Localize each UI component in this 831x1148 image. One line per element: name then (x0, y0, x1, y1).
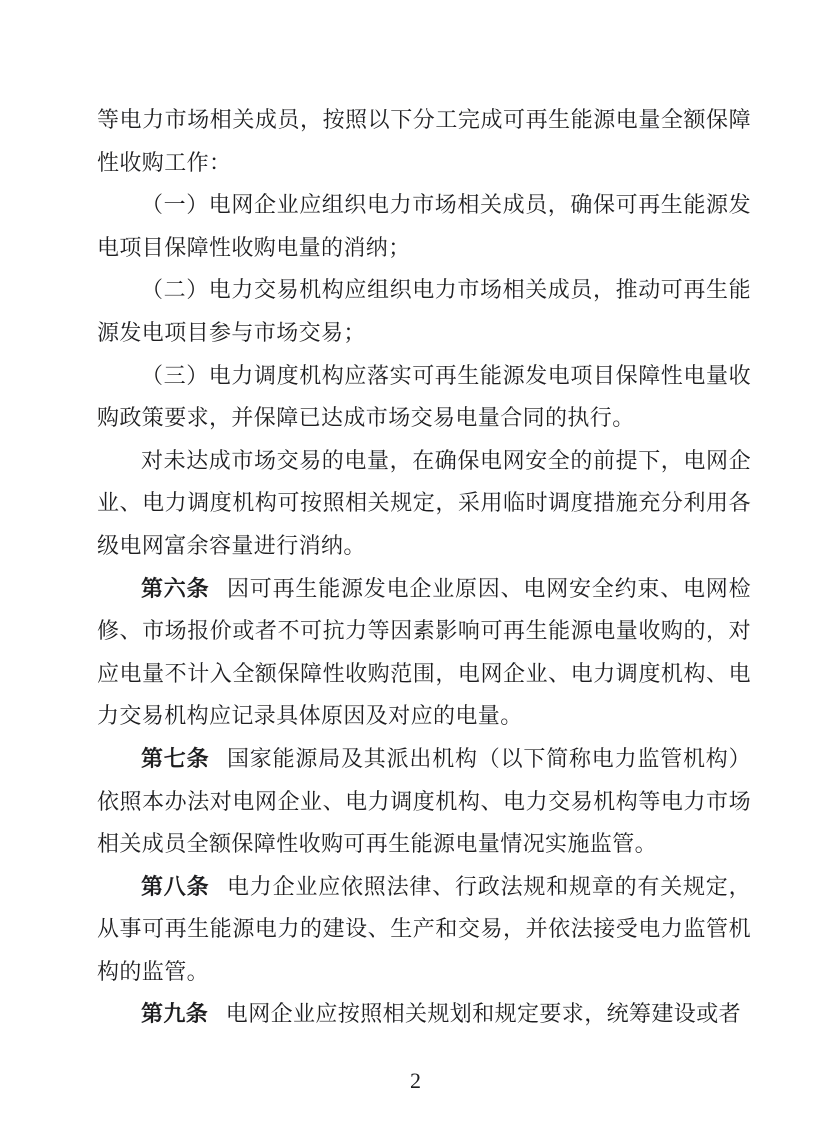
article-number: 第八条 (141, 874, 209, 899)
article-number: 第七条 (141, 746, 209, 771)
paragraph-text: （二）电力交易机构应组织电力市场相关成员，推动可再生能源发电项目参与市场交易； (97, 277, 751, 345)
paragraph-text: 电网企业应按照相关规划和规定要求，统筹建设或者 (226, 1001, 741, 1026)
paragraph: （三）电力调度机构应落实可再生能源发电项目保障性电量收购政策要求，并保障已达成市… (97, 355, 751, 440)
document-body: 等电力市场相关成员，按照以下分工完成可再生能源电量全额保障性收购工作： （一）电… (97, 99, 751, 1036)
paragraph-text: 对未达成市场交易的电量，在确保电网安全的前提下，电网企业、电力调度机构可按照相关… (97, 448, 751, 558)
paragraph-article-9: 第九条电网企业应按照相关规划和规定要求，统筹建设或者 (97, 993, 751, 1036)
article-number: 第九条 (141, 1001, 208, 1026)
paragraph-article-7: 第七条国家能源局及其派出机构（以下简称电力监管机构）依照本办法对电网企业、电力调… (97, 738, 751, 866)
paragraph-text: （三）电力调度机构应落实可再生能源发电项目保障性电量收购政策要求，并保障已达成市… (97, 363, 751, 431)
paragraph-article-8: 第八条电力企业应依照法律、行政法规和规章的有关规定，从事可再生能源电力的建设、生… (97, 866, 751, 994)
paragraph-text: （一）电网企业应组织电力市场相关成员，确保可再生能源发电项目保障性收购电量的消纳… (97, 192, 751, 260)
paragraph: 等电力市场相关成员，按照以下分工完成可再生能源电量全额保障性收购工作： (97, 99, 751, 184)
paragraph-text: 等电力市场相关成员，按照以下分工完成可再生能源电量全额保障性收购工作： (97, 107, 751, 175)
document-page: 等电力市场相关成员，按照以下分工完成可再生能源电量全额保障性收购工作： （一）电… (0, 0, 831, 1148)
paragraph: （一）电网企业应组织电力市场相关成员，确保可再生能源发电项目保障性收购电量的消纳… (97, 184, 751, 269)
page-number: 2 (0, 1066, 831, 1096)
paragraph: （二）电力交易机构应组织电力市场相关成员，推动可再生能源发电项目参与市场交易； (97, 269, 751, 354)
article-number: 第六条 (141, 576, 209, 601)
paragraph: 对未达成市场交易的电量，在确保电网安全的前提下，电网企业、电力调度机构可按照相关… (97, 440, 751, 568)
paragraph-article-6: 第六条因可再生能源发电企业原因、电网安全约束、电网检修、市场报价或者不可抗力等因… (97, 568, 751, 738)
